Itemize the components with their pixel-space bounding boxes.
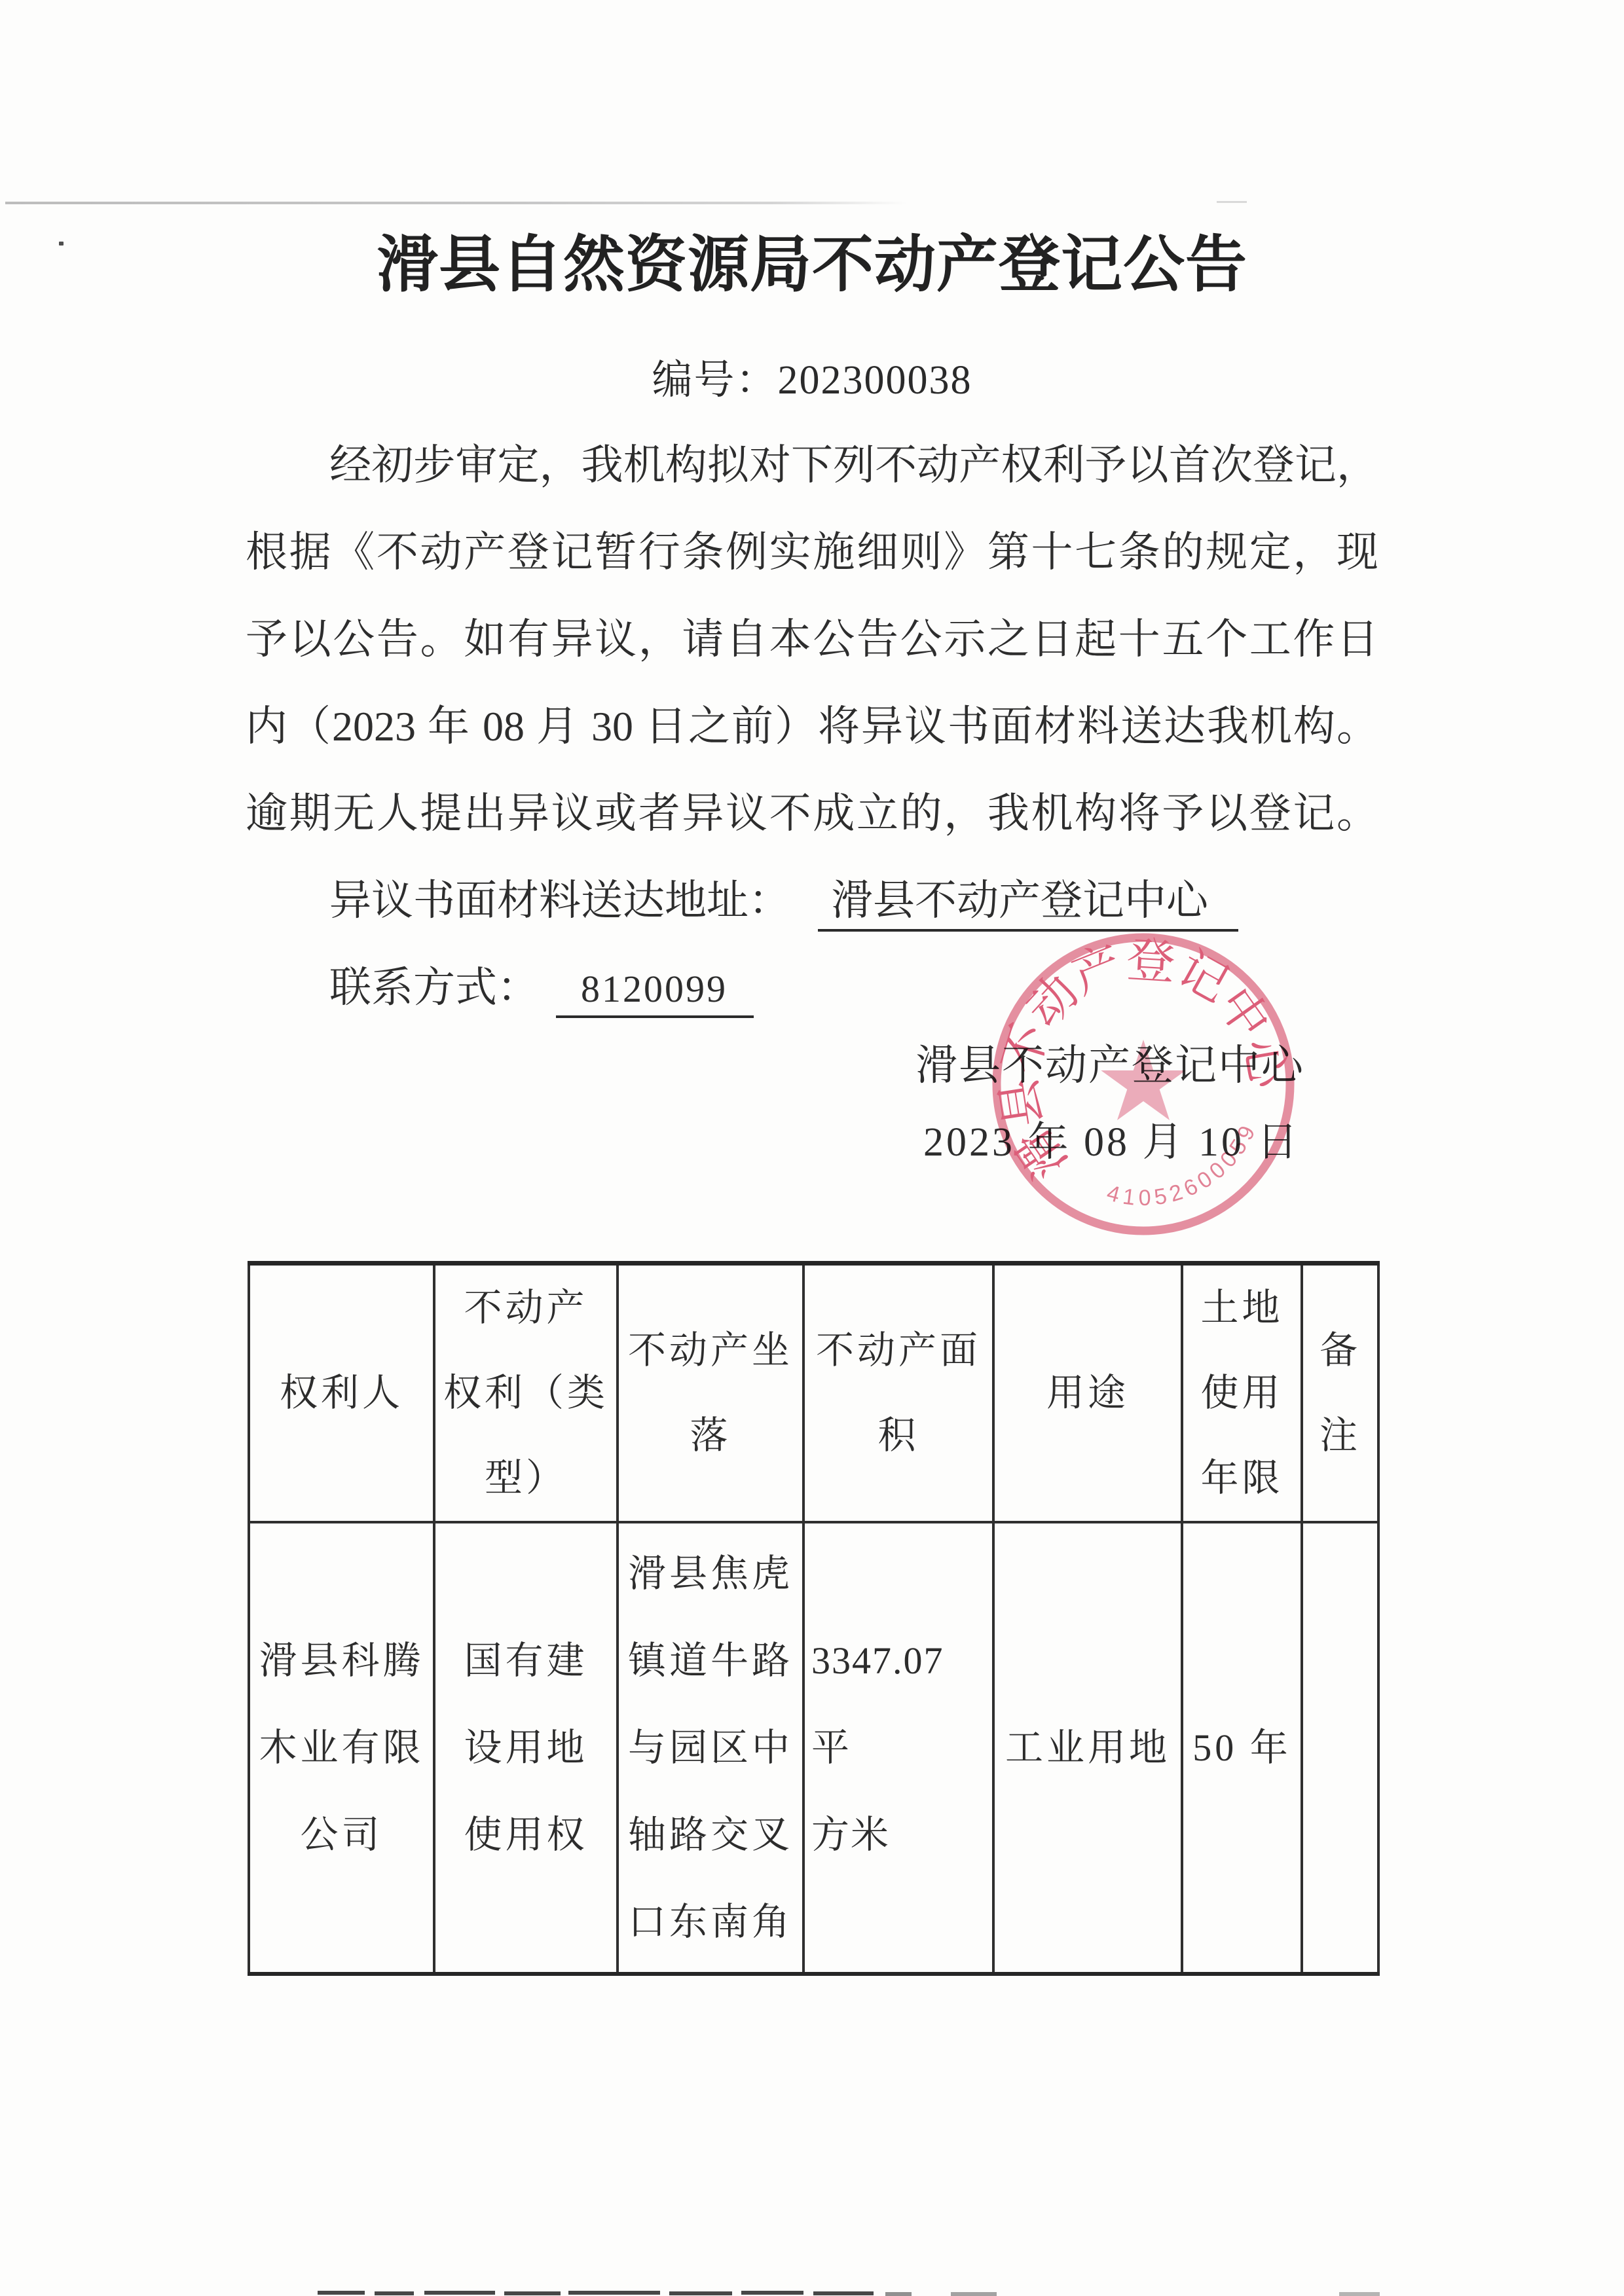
- cell-location: 滑县焦虎 镇道牛路 与园区中 轴路交叉 口东南角: [618, 1522, 803, 1974]
- cell-right-type: 国有建 设用地 使用权: [434, 1522, 618, 1974]
- header-cell-land-term: 土地 使用 年限: [1182, 1264, 1302, 1523]
- document-title: 滑县自然资源局不动产登记公告: [246, 228, 1378, 302]
- scan-artifact-dot: [59, 242, 64, 246]
- scan-artifact-horizontal-line: [5, 202, 907, 204]
- cell-land-term: 50 年: [1182, 1522, 1302, 1974]
- document-number: 编号：202300038: [246, 347, 1378, 405]
- header-cell-location: 不动产坐 落: [618, 1264, 803, 1523]
- header-cell-remarks: 备 注: [1302, 1264, 1378, 1523]
- body-line-3: 予以公告。如有异议，请自本公告公示之日起十五个工作日: [246, 596, 1378, 683]
- header-cell-right-type: 不动产 权利（类 型）: [434, 1264, 618, 1523]
- cell-remarks: [1302, 1522, 1378, 1974]
- scanned-document-page: 滑县自然资源局不动产登记公告 编号：202300038 经初步审定，我机构拟对下…: [0, 0, 1624, 2296]
- body-line-4: 内（2023 年 08 月 30 日之前）将异议书面材料送达我机构。: [246, 683, 1378, 770]
- stamp-star-icon: [1101, 1040, 1185, 1120]
- body-line-5: 逾期无人提出异议或者异议不成立的，我机构将予以登记。: [246, 770, 1378, 857]
- table-header-row: 权利人 不动产 权利（类 型） 不动产坐 落 不动产面 积 用途 土地 使用 年…: [249, 1264, 1378, 1523]
- cell-usage: 工业用地: [993, 1522, 1182, 1974]
- table-data-row: 滑县科腾 木业有限 公司 国有建 设用地 使用权 滑县焦虎 镇道牛路 与园区中 …: [249, 1522, 1378, 1974]
- cell-area: 3347.07 平 方米: [803, 1522, 993, 1974]
- scan-artifact-bottom-marks: [0, 2289, 1624, 2296]
- scan-artifact-line-tail: [1217, 201, 1247, 203]
- header-cell-usage: 用途: [993, 1264, 1182, 1523]
- body-line-1: 经初步审定，我机构拟对下列不动产权利予以首次登记，: [246, 422, 1378, 509]
- registration-table: 权利人 不动产 权利（类 型） 不动产坐 落 不动产面 积 用途 土地 使用 年…: [248, 1261, 1380, 1976]
- official-seal-stamp: 滑县不动产登记中心 4105260005997: [980, 920, 1307, 1248]
- contact-value-underlined: 8120099: [556, 968, 754, 1018]
- cell-right-holder: 滑县科腾 木业有限 公司: [249, 1522, 434, 1974]
- address-label: 异议书面材料送达地址：: [246, 877, 790, 924]
- body-line-2: 根据《不动产登记暂行条例实施细则》第十七条的规定，现: [246, 509, 1378, 596]
- header-cell-right-holder: 权利人: [249, 1264, 434, 1523]
- contact-label: 联系方式：: [246, 964, 539, 1011]
- header-cell-area: 不动产面 积: [803, 1264, 993, 1523]
